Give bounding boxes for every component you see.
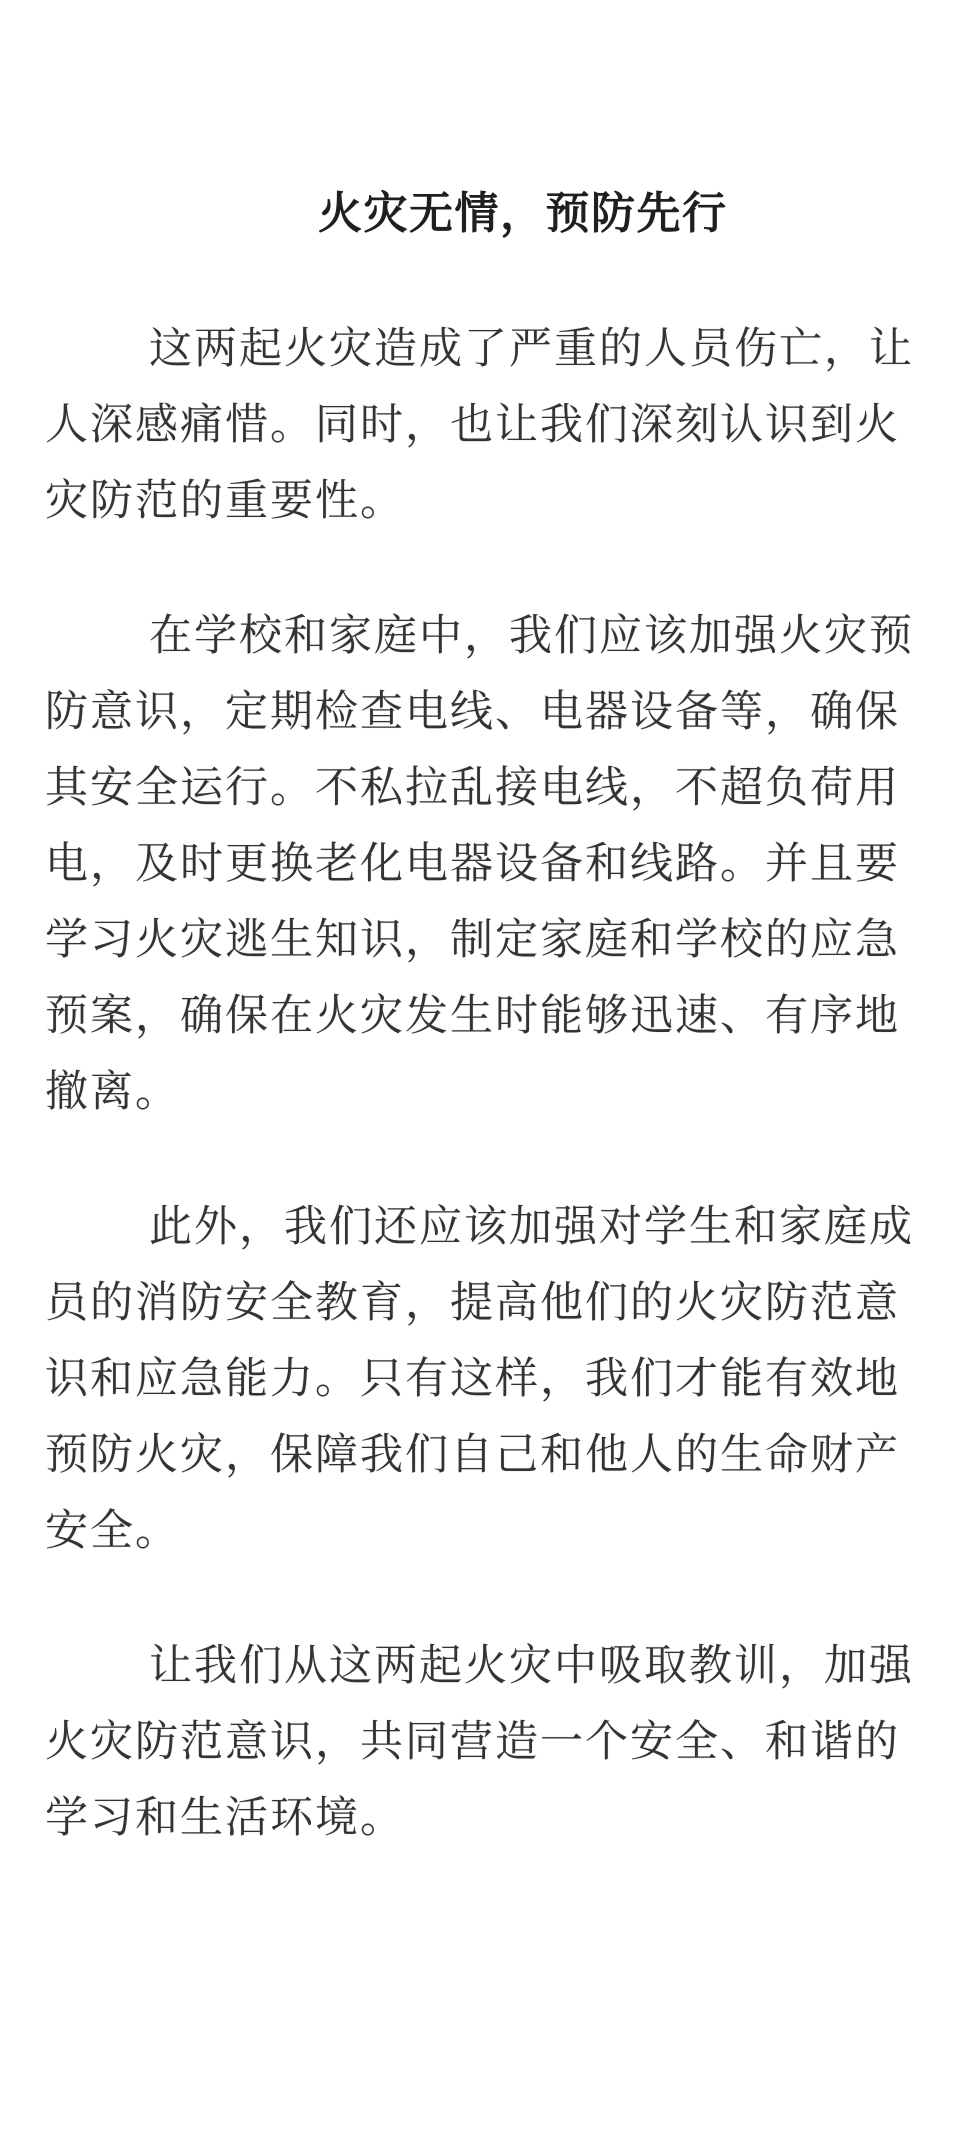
text-line: 火灾防范意识，共同营造一个安全、和谐的 (45, 1705, 925, 1781)
text-line: 学习和生活环境。 (45, 1781, 925, 1857)
document-body: 这两起火灾造成了严重的人员伤亡，让人深感痛惜。同时，也让我们深刻认识到火灾防范的… (0, 312, 960, 1857)
text-line: 在学校和家庭中，我们应该加强火灾预 (45, 599, 925, 675)
text-line: 这两起火灾造成了严重的人员伤亡，让 (45, 312, 925, 388)
paragraph: 让我们从这两起火灾中吸取教训，加强火灾防范意识，共同营造一个安全、和谐的学习和生… (45, 1629, 925, 1857)
text-line: 防意识，定期检查电线、电器设备等，确保 (45, 675, 925, 751)
document-page: 火灾无情，预防先行 这两起火灾造成了严重的人员伤亡，让人深感痛惜。同时，也让我们… (0, 0, 960, 2132)
text-line: 识和应急能力。只有这样，我们才能有效地 (45, 1342, 925, 1418)
text-line: 人深感痛惜。同时，也让我们深刻认识到火 (45, 388, 925, 464)
paragraph: 这两起火灾造成了严重的人员伤亡，让人深感痛惜。同时，也让我们深刻认识到火灾防范的… (45, 312, 925, 540)
text-line: 电，及时更换老化电器设备和线路。并且要 (45, 827, 925, 903)
text-line: 预防火灾，保障我们自己和他人的生命财产 (45, 1418, 925, 1494)
text-line: 安全。 (45, 1494, 925, 1570)
document-title: 火灾无情，预防先行 (318, 188, 960, 240)
text-line: 其安全运行。不私拉乱接电线，不超负荷用 (45, 751, 925, 827)
text-line: 让我们从这两起火灾中吸取教训，加强 (45, 1629, 925, 1705)
text-line: 学习火灾逃生知识，制定家庭和学校的应急 (45, 903, 925, 979)
paragraph: 在学校和家庭中，我们应该加强火灾预防意识，定期检查电线、电器设备等，确保其安全运… (45, 599, 925, 1131)
text-line: 灾防范的重要性。 (45, 464, 925, 540)
text-line: 此外，我们还应该加强对学生和家庭成 (45, 1190, 925, 1266)
text-line: 预案，确保在火灾发生时能够迅速、有序地 (45, 979, 925, 1055)
text-line: 撤离。 (45, 1055, 925, 1131)
paragraph: 此外，我们还应该加强对学生和家庭成员的消防安全教育，提高他们的火灾防范意识和应急… (45, 1190, 925, 1570)
text-line: 员的消防安全教育，提高他们的火灾防范意 (45, 1266, 925, 1342)
